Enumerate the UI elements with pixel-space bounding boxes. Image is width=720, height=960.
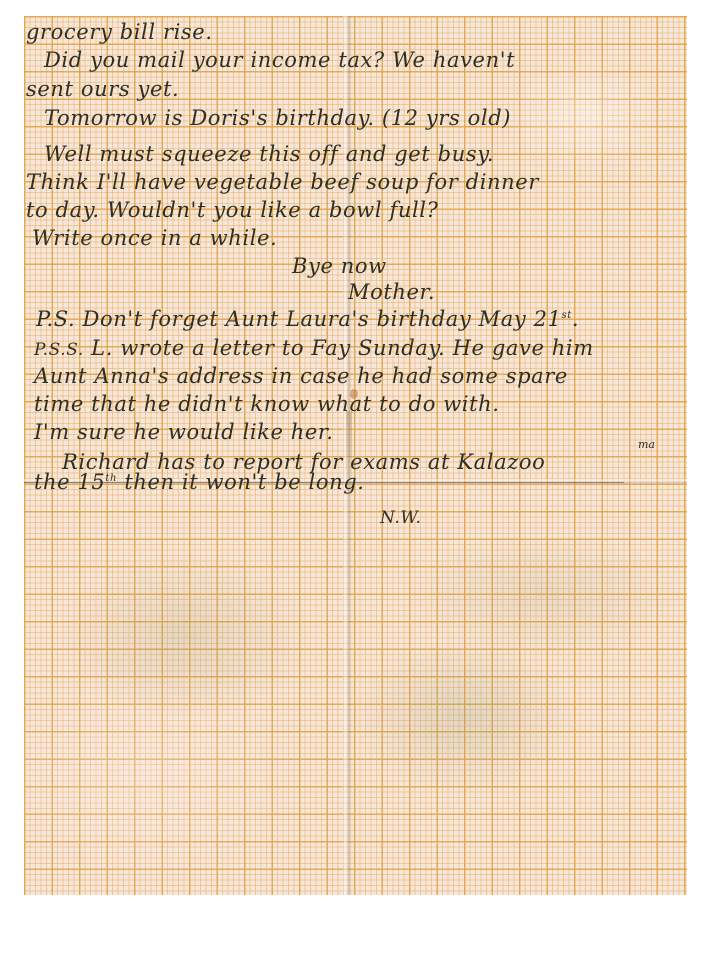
letter-line-8: Write once in a while. [32,228,277,249]
letter-line-2: Did you mail your income tax? We haven't [44,50,515,71]
pss-line-1: P.S.S. L. wrote a letter to Fay Sunday. … [34,338,594,359]
pss-line-6-ordinal: th [105,473,117,484]
pss-line-2: Aunt Anna's address in case he had some … [34,366,568,387]
pss-line-4: I'm sure he would like her. [34,422,334,443]
ps-text: Don't forget Aunt Laura's birthday May 2… [83,307,562,331]
letter-line-4: Tomorrow is Doris's birthday. (12 yrs ol… [44,108,511,129]
letter-line-6: Think I'll have vegetable beef soup for … [26,172,539,193]
pss-line-3: time that he didn't know what to do with… [34,394,500,415]
letter-line-1: grocery bill rise. [26,22,213,43]
letter-closing: Bye now [292,256,387,277]
pss-line-6: the 15th then it won't be long. [34,472,365,493]
letter-line-7: to day. Wouldn't you like a bowl full? [26,200,438,221]
pss-prefix: P.S.S. [34,340,84,360]
postscript-line: P.S. Don't forget Aunt Laura's birthday … [36,309,579,330]
pss-line-6-prefix: the 15 [34,470,105,494]
pss-line-6-rest: then it won't be long. [117,470,364,494]
letter-line-3: sent ours yet. [26,79,179,100]
letter-signature: Mother. [348,282,435,303]
graph-paper-sheet: grocery bill rise. Did you mail your inc… [24,16,687,895]
letter-line-5: Well must squeeze this off and get busy. [44,144,494,165]
pss-text-1: L. wrote a letter to Fay Sunday. He gave… [91,336,594,360]
page: grocery bill rise. Did you mail your inc… [0,0,720,960]
ps-prefix: P.S. [36,307,75,331]
pss-insert-caret: ma [638,438,655,451]
initials: N.W. [380,510,422,527]
ps-ordinal: st [562,310,572,321]
